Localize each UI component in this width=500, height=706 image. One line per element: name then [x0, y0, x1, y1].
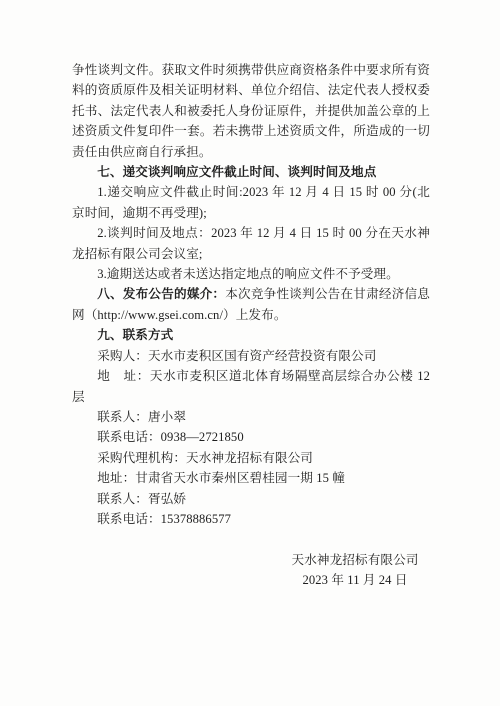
section9-heading: 九、联系方式	[72, 325, 430, 345]
contact-line-purchaser: 采购人：天水市麦积区国有资产经营投资有限公司	[72, 346, 430, 366]
contact-line-agency-phone: 联系电话：15378886577	[72, 509, 430, 529]
section8-heading: 八、发布公告的媒介：	[97, 287, 225, 301]
section7-item-deadline: 1.递交响应文件截止时间:2023 年 12 月 4 日 15 时 00 分(北…	[72, 182, 430, 223]
contact-line-agency-person: 联系人：胥弘娇	[72, 489, 430, 509]
section8-paragraph: 八、发布公告的媒介：本次竞争性谈判公告在甘肃经济信息网（http://www.g…	[72, 284, 430, 325]
contact-line-purchaser-person: 联系人：唐小翠	[72, 407, 430, 427]
contact-line-agency-address: 地址：甘肃省天水市秦州区碧桂园一期 15 幢	[72, 468, 430, 488]
contact-line-purchaser-phone: 联系电话：0938—2721850	[72, 427, 430, 447]
section7-item-late-delivery: 3.逾期送达或者未送达指定地点的响应文件不予受理。	[72, 264, 430, 284]
signature-company: 天水神龙招标有限公司	[280, 550, 430, 570]
continuation-paragraph: 争性谈判文件。获取文件时须携带供应商资格条件中要求所有资料的资质原件及相关证明材…	[72, 60, 430, 162]
signature-date: 2023 年 11 月 24 日	[280, 570, 430, 590]
section7-heading: 七、递交谈判响应文件截止时间、谈判时间及地点	[72, 162, 430, 182]
document-page: 争性谈判文件。获取文件时须携带供应商资格条件中要求所有资料的资质原件及相关证明材…	[0, 0, 500, 706]
section7-item-time-place: 2.谈判时间及地点：2023 年 12 月 4 日 15 时 00 分在天水神龙…	[72, 223, 430, 264]
contact-line-purchaser-address: 地 址：天水市麦积区道北体育场隔壁高层综合办公楼 12 层	[72, 366, 430, 407]
signature-block: 天水神龙招标有限公司 2023 年 11 月 24 日	[280, 550, 430, 591]
contact-line-agency: 采购代理机构：天水神龙招标有限公司	[72, 448, 430, 468]
